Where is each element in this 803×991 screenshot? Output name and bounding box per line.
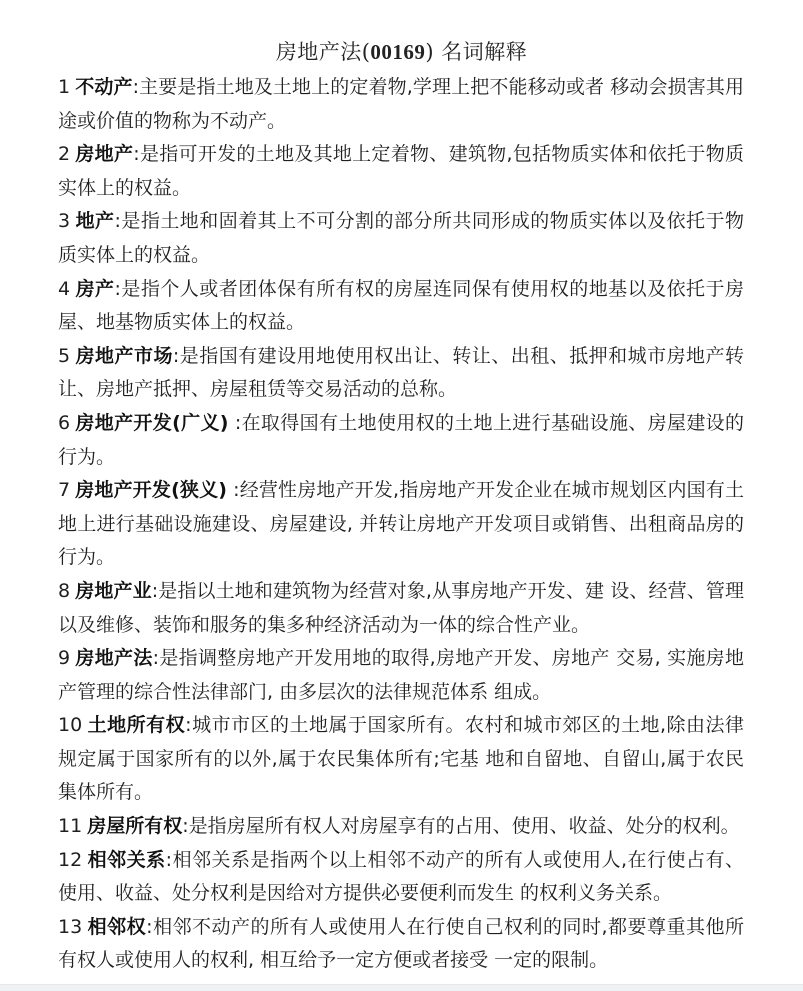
glossary-entry-12: 12相邻关系:相邻关系是指两个以上相邻不动产的所有人或使用人,在行使占有、使用、… [58,844,744,911]
entry-definition: :是指调整房地产开发用地的取得,房地产开发、房地产 交易, 实施房地产管理的综合… [58,647,744,703]
entry-definition: :是指可开发的土地及其地上定着物、建筑物,包括物质实体和依托于物质实体上的权益。 [58,143,744,199]
entry-definition: :是指房屋所有权人对房屋享有的占用、使用、收益、处分的权利。 [182,815,739,837]
entry-number: 8 [58,580,70,602]
entry-number: 3 [58,210,70,232]
entry-number: 13 [58,916,82,938]
entry-term: 房地产开发(广义) [75,412,228,434]
glossary-entry-6: 6房地产开发(广义) :在取得国有土地使用权的土地上进行基础设施、房屋建设的行为… [58,407,744,474]
entry-number: 4 [58,278,70,300]
title-suffix: ) 名词解释 [425,40,527,64]
glossary-entry-9: 9房地产法:是指调整房地产开发用地的取得,房地产开发、房地产 交易, 实施房地产… [58,642,744,709]
entry-definition: :是指个人或者团体保有所有权的房屋连同保有使用权的地基以及依托于房屋、地基物质实… [58,278,744,334]
entry-number: 7 [58,479,70,501]
entry-term: 房屋所有权 [87,815,182,837]
entry-number: 1 [58,76,70,98]
glossary-entry-10: 10土地所有权:城市市区的土地属于国家所有。农村和城市郊区的土地,除由法律规定属… [58,709,744,810]
entry-number: 6 [58,412,70,434]
entry-definition: :是指以土地和建筑物为经营对象,从事房地产开发、建 设、经营、管理以及维修、装饰… [58,580,744,636]
glossary-entry-7: 7房地产开发(狭义) :经营性房地产开发,指房地产开发企业在城市规划区内国有土地… [58,474,744,575]
entry-term: 房地产 [75,143,133,165]
glossary-entry-4: 4房产:是指个人或者团体保有所有权的房屋连同保有使用权的地基以及依托于房屋、地基… [58,273,744,340]
entry-number: 9 [58,647,70,669]
viewer-bottom-edge [0,984,803,991]
glossary-list: 1不动产:主要是指土地及土地上的定着物,学理上把不能移动或者 移动会损害其用途或… [58,71,744,978]
entry-term: 房地产开发(狭义) [75,479,227,501]
entry-number: 5 [58,345,70,367]
glossary-entry-3: 3地产:是指土地和固着其上不可分割的部分所共同形成的物质实体以及依托于物质实体上… [58,205,744,272]
entry-term: 房地产市场 [75,345,173,367]
glossary-entry-5: 5房地产市场:是指国有建设用地使用权出让、转让、出租、抵押和城市房地产转让、房地… [58,340,744,407]
glossary-entry-2: 2房地产:是指可开发的土地及其地上定着物、建筑物,包括物质实体和依托于物质实体上… [58,138,744,205]
entry-number: 2 [58,143,70,165]
entry-number: 11 [58,815,82,837]
entry-term: 土地所有权 [87,714,185,736]
document-title: 房地产法(00169) 名词解释 [0,36,803,68]
entry-number: 12 [58,849,82,871]
entry-term: 不动产 [75,76,132,98]
entry-term: 相邻权 [87,916,146,938]
glossary-entry-11: 11房屋所有权:是指房屋所有权人对房屋享有的占用、使用、收益、处分的权利。 [58,810,744,844]
entry-term: 相邻关系 [87,849,165,871]
glossary-entry-8: 8房地产业:是指以土地和建筑物为经营对象,从事房地产开发、建 设、经营、管理以及… [58,575,744,642]
entry-term: 房地产法 [75,647,153,669]
title-prefix: 房地产法( [276,40,371,64]
glossary-entry-1: 1不动产:主要是指土地及土地上的定着物,学理上把不能移动或者 移动会损害其用途或… [58,71,744,138]
entry-term: 房地产业 [75,580,152,602]
entry-term: 房产 [75,278,114,300]
document-page: 房地产法(00169) 名词解释 1不动产:主要是指土地及土地上的定着物,学理上… [0,0,803,984]
entry-definition: :相邻不动产的所有人或使用人在行使自己权利的同时,都要尊重其他所有权人或使用人的… [58,916,744,972]
entry-term: 地产 [75,210,114,232]
entry-number: 10 [58,714,82,736]
course-code: 00169 [370,40,425,64]
entry-definition: :是指土地和固着其上不可分割的部分所共同形成的物质实体以及依托于物质实体上的权益… [58,210,744,266]
entry-definition: :主要是指土地及土地上的定着物,学理上把不能移动或者 移动会损害其用途或价值的物… [58,76,744,132]
glossary-entry-13: 13相邻权:相邻不动产的所有人或使用人在行使自己权利的同时,都要尊重其他所有权人… [58,911,744,978]
